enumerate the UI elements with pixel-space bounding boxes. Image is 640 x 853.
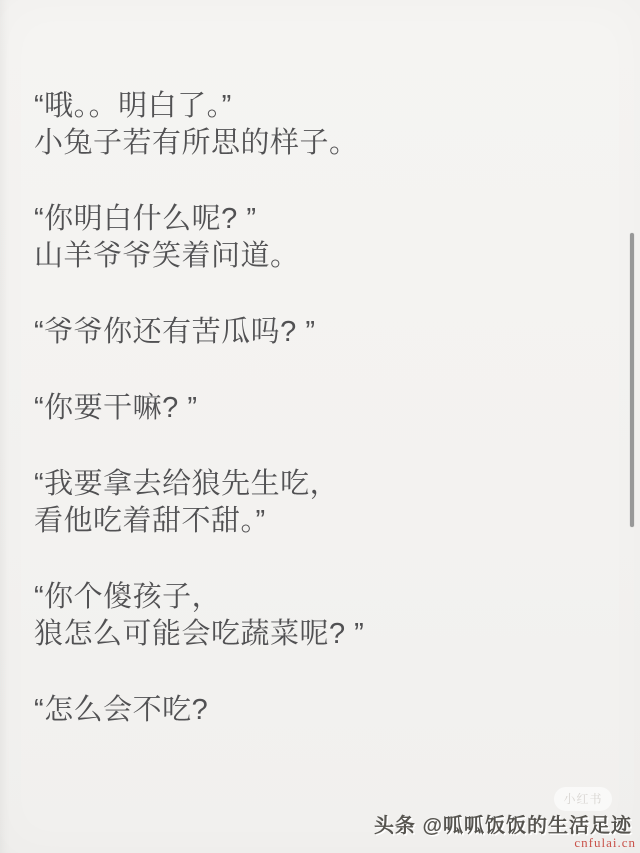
story-line: “你要干嘛? ” [34, 390, 596, 427]
story-line: “哦。。明白了。” [34, 88, 596, 125]
note-page: “哦。。明白了。” 小兔子若有所思的样子。 “你明白什么呢? ” 山羊爷爷笑着问… [0, 0, 640, 853]
site-url-watermark: cnfulai.cn [574, 835, 636, 851]
story-line: 看他吃着甜不甜。” [34, 503, 596, 540]
story-line: 小兔子若有所思的样子。 [34, 125, 596, 162]
story-paragraph: “爷爷你还有苦瓜吗? ” [34, 314, 596, 351]
story-line: 狼怎么可能会吃蔬菜呢? ” [34, 616, 596, 653]
story-paragraph: “我要拿去给狼先生吃， 看他吃着甜不甜。” [34, 466, 596, 540]
story-paragraph: “你要干嘛? ” [34, 390, 596, 427]
story-paragraph: “哦。。明白了。” 小兔子若有所思的样子。 [34, 88, 596, 162]
story-line: “怎么会不吃? [34, 692, 596, 729]
story-line: “你个傻孩子， [34, 579, 596, 616]
xiaohongshu-watermark-badge: 小红书 [554, 787, 612, 811]
story-text: “哦。。明白了。” 小兔子若有所思的样子。 “你明白什么呢? ” 山羊爷爷笑着问… [34, 0, 596, 768]
story-line: “你明白什么呢? ” [34, 201, 596, 238]
scrollbar-thumb[interactable] [630, 233, 634, 527]
story-paragraph: “怎么会不吃? [34, 692, 596, 729]
story-paragraph: “你明白什么呢? ” 山羊爷爷笑着问道。 [34, 201, 596, 275]
story-line: “爷爷你还有苦瓜吗? ” [34, 314, 596, 351]
story-paragraph: “你个傻孩子， 狼怎么可能会吃蔬菜呢? ” [34, 579, 596, 653]
story-line: 山羊爷爷笑着问道。 [34, 238, 596, 275]
story-line: “我要拿去给狼先生吃， [34, 466, 596, 503]
credit-watermark: 头条 @呱呱饭饭的生活足迹 [374, 809, 632, 838]
